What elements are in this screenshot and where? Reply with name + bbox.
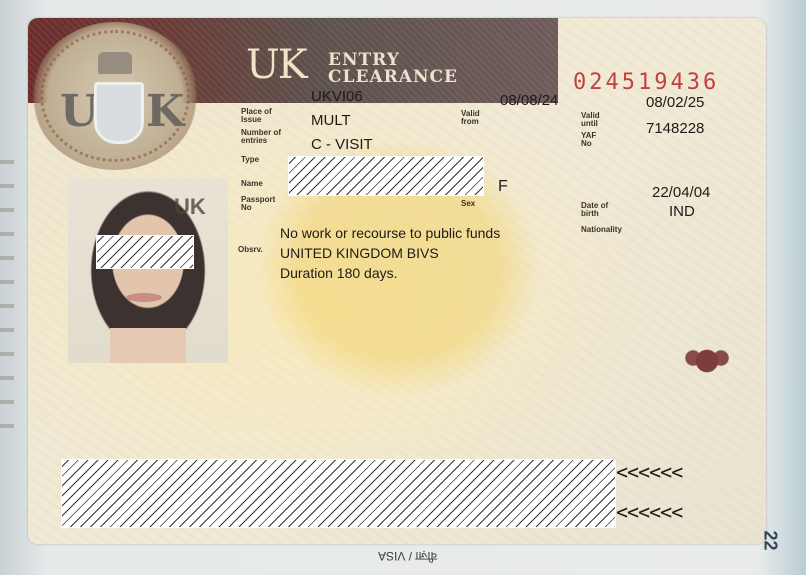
- type-value: C - VISIT: [311, 136, 373, 153]
- crown-icon: [98, 52, 132, 74]
- page-number: 22: [760, 530, 781, 550]
- label-valid-until: Valid until: [581, 112, 609, 128]
- date-of-birth-value: 22/04/04: [652, 184, 710, 201]
- photo-watermark: UK: [174, 194, 206, 220]
- yaf-no-value: 7148228: [646, 120, 704, 137]
- label-nationality: Nationality: [581, 226, 622, 234]
- document-title: ENTRY CLEARANCE: [328, 52, 458, 86]
- mrz-line2-filler: <<<<<<: [616, 500, 682, 524]
- nationality-value: IND: [669, 203, 695, 220]
- royal-coat-of-arms-icon: [679, 328, 735, 388]
- shield-icon: [94, 82, 144, 144]
- place-of-issue-value: UKVI06: [311, 88, 363, 105]
- label-name: Name: [241, 180, 263, 188]
- label-type: Type: [241, 156, 259, 164]
- observation-line: No work or recourse to public funds: [280, 225, 500, 241]
- label-observations: Obsrv.: [238, 246, 263, 254]
- label-number-of-entries: Number of entries: [241, 129, 281, 145]
- label-passport-no: Passport No: [241, 196, 281, 212]
- label-place-of-issue: Place of Issue: [241, 108, 281, 124]
- label-date-of-birth: Date of birth: [581, 202, 621, 218]
- photo-eyes-redaction: [96, 235, 194, 269]
- mrz-redaction: [61, 459, 616, 528]
- label-sex: Sex: [461, 200, 475, 208]
- visa-vignette: U K UK ENTRY CLEARANCE 024519436 Place o…: [28, 18, 766, 544]
- observation-line: Duration 180 days.: [280, 265, 398, 281]
- valid-until-value: 08/02/25: [646, 94, 704, 111]
- page-footer-label: वीज़ा / VISA: [378, 548, 437, 565]
- mrz-line1-filler: <<<<<<: [616, 460, 682, 484]
- name-redaction: [288, 156, 484, 196]
- sex-value: F: [498, 178, 508, 196]
- serial-number: 024519436: [573, 70, 719, 95]
- seal-letter-u: U: [60, 86, 98, 137]
- observation-line: UNITED KINGDOM BIVS: [280, 245, 439, 261]
- seal-letter-k: K: [146, 86, 184, 137]
- valid-from-value: 08/08/24: [500, 92, 558, 109]
- page-perforation: [0, 140, 14, 440]
- number-of-entries-value: MULT: [311, 112, 351, 129]
- uk-hologram-seal: U K: [32, 22, 198, 170]
- brand-uk: UK: [246, 42, 306, 88]
- label-yaf-no: YAF No: [581, 132, 603, 148]
- label-valid-from: Valid from: [461, 110, 491, 126]
